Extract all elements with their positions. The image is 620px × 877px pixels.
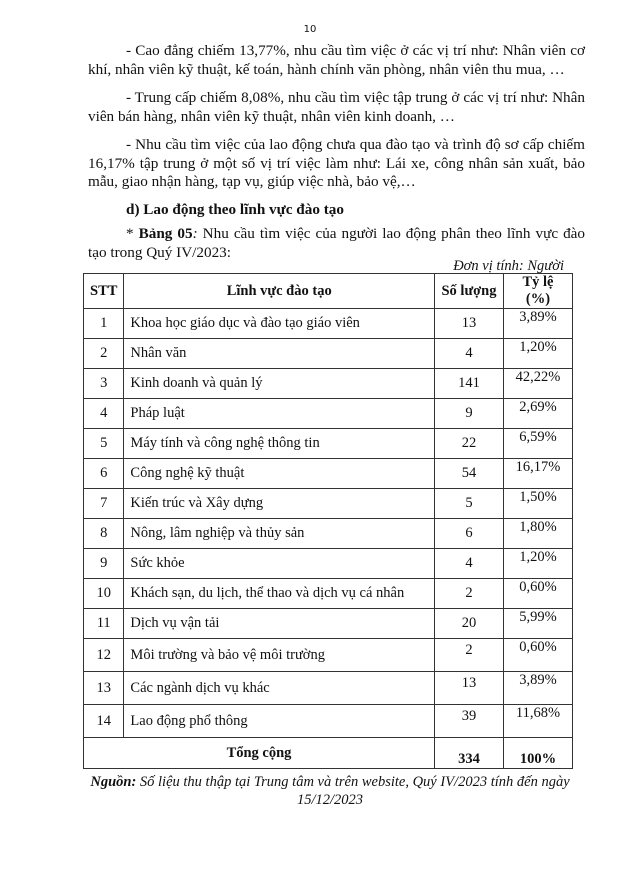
table-row: 5Máy tính và công nghệ thông tin226,59%: [84, 429, 573, 459]
header-count: Số lượng: [435, 274, 504, 309]
total-count: 334: [435, 738, 504, 769]
row-rate: 11,68%: [504, 705, 573, 738]
table-row: 11Dịch vụ vận tải205,99%: [84, 609, 573, 639]
row-field: Dịch vụ vận tải: [124, 609, 435, 639]
table-row: 3Kinh doanh và quản lý14142,22%: [84, 369, 573, 399]
row-rate: 0,60%: [504, 579, 573, 609]
table-header-row: STT Lĩnh vực đào tạo Số lượng Tỷ lệ (%): [84, 274, 573, 309]
row-field: Kinh doanh và quản lý: [124, 369, 435, 399]
table-row: 1Khoa học giáo dục và đào tạo giáo viên1…: [84, 309, 573, 339]
row-field: Máy tính và công nghệ thông tin: [124, 429, 435, 459]
table-row: 8Nông, lâm nghiệp và thủy sản61,80%: [84, 519, 573, 549]
row-stt: 3: [84, 369, 124, 399]
table-row: 2Nhân văn41,20%: [84, 339, 573, 369]
row-field: Khoa học giáo dục và đào tạo giáo viên: [124, 309, 435, 339]
page-number: 10: [0, 24, 620, 35]
total-label: Tổng cộng: [84, 738, 435, 769]
row-stt: 4: [84, 399, 124, 429]
row-count: 22: [435, 429, 504, 459]
table-row: 4Pháp luật92,69%: [84, 399, 573, 429]
paragraph-intermediate: - Trung cấp chiếm 8,08%, nhu cầu tìm việ…: [88, 89, 585, 126]
source-text: Số liệu thu thập tại Trung tâm và trên w…: [136, 774, 569, 808]
table-row: 9Sức khỏe41,20%: [84, 549, 573, 579]
training-field-table: STT Lĩnh vực đào tạo Số lượng Tỷ lệ (%) …: [83, 273, 573, 769]
row-rate: 3,89%: [504, 672, 573, 705]
row-field: Nông, lâm nghiệp và thủy sản: [124, 519, 435, 549]
row-stt: 14: [84, 705, 124, 738]
row-field: Pháp luật: [124, 399, 435, 429]
row-count: 54: [435, 459, 504, 489]
row-count: 13: [435, 672, 504, 705]
row-rate: 2,69%: [504, 399, 573, 429]
row-rate: 6,59%: [504, 429, 573, 459]
row-count: 4: [435, 339, 504, 369]
table-row: 6Công nghệ kỹ thuật5416,17%: [84, 459, 573, 489]
row-stt: 9: [84, 549, 124, 579]
row-stt: 10: [84, 579, 124, 609]
row-stt: 1: [84, 309, 124, 339]
row-rate: 1,20%: [504, 549, 573, 579]
row-stt: 13: [84, 672, 124, 705]
caption-prefix: *: [126, 225, 139, 242]
row-count: 39: [435, 705, 504, 738]
row-field: Lao động phổ thông: [124, 705, 435, 738]
row-rate: 1,80%: [504, 519, 573, 549]
row-stt: 11: [84, 609, 124, 639]
row-rate: 16,17%: [504, 459, 573, 489]
table-caption: * Bảng 05: Nhu cầu tìm việc của người la…: [88, 225, 585, 262]
header-field: Lĩnh vực đào tạo: [124, 274, 435, 309]
row-rate: 3,89%: [504, 309, 573, 339]
row-field: Các ngành dịch vụ khác: [124, 672, 435, 705]
row-field: Sức khỏe: [124, 549, 435, 579]
source-label: Nguồn:: [90, 774, 136, 790]
row-rate: 1,50%: [504, 489, 573, 519]
source-note: Nguồn: Số liệu thu thập tại Trung tâm và…: [70, 773, 590, 809]
row-stt: 8: [84, 519, 124, 549]
total-rate: 100%: [504, 738, 573, 769]
row-rate: 0,60%: [504, 639, 573, 672]
row-count: 13: [435, 309, 504, 339]
row-count: 6: [435, 519, 504, 549]
table-row: 7Kiến trúc và Xây dựng51,50%: [84, 489, 573, 519]
row-stt: 5: [84, 429, 124, 459]
row-count: 20: [435, 609, 504, 639]
table-total-row: Tổng cộng 334 100%: [84, 738, 573, 769]
row-stt: 6: [84, 459, 124, 489]
row-field: Khách sạn, du lịch, thể thao và dịch vụ …: [124, 579, 435, 609]
table-row: 13Các ngành dịch vụ khác133,89%: [84, 672, 573, 705]
row-stt: 7: [84, 489, 124, 519]
row-count: 4: [435, 549, 504, 579]
row-count: 5: [435, 489, 504, 519]
row-count: 2: [435, 639, 504, 672]
caption-label: Bảng 05: [139, 225, 193, 242]
row-stt: 2: [84, 339, 124, 369]
row-field: Kiến trúc và Xây dựng: [124, 489, 435, 519]
row-count: 9: [435, 399, 504, 429]
section-heading: d) Lao động theo lĩnh vực đào tạo: [88, 201, 585, 220]
row-rate: 5,99%: [504, 609, 573, 639]
header-rate: Tỷ lệ (%): [504, 274, 573, 309]
header-stt: STT: [84, 274, 124, 309]
row-field: Công nghệ kỹ thuật: [124, 459, 435, 489]
row-count: 2: [435, 579, 504, 609]
row-rate: 42,22%: [504, 369, 573, 399]
row-count: 141: [435, 369, 504, 399]
row-field: Môi trường và bảo vệ môi trường: [124, 639, 435, 672]
row-field: Nhân văn: [124, 339, 435, 369]
table-row: 10Khách sạn, du lịch, thể thao và dịch v…: [84, 579, 573, 609]
row-rate: 1,20%: [504, 339, 573, 369]
table-row: 12Môi trường và bảo vệ môi trường20,60%: [84, 639, 573, 672]
paragraph-untrained: - Nhu cầu tìm việc của lao động chưa qua…: [88, 136, 585, 192]
table-row: 14Lao động phổ thông3911,68%: [84, 705, 573, 738]
paragraph-college: - Cao đẳng chiếm 13,77%, nhu cầu tìm việ…: [88, 42, 585, 79]
row-stt: 12: [84, 639, 124, 672]
